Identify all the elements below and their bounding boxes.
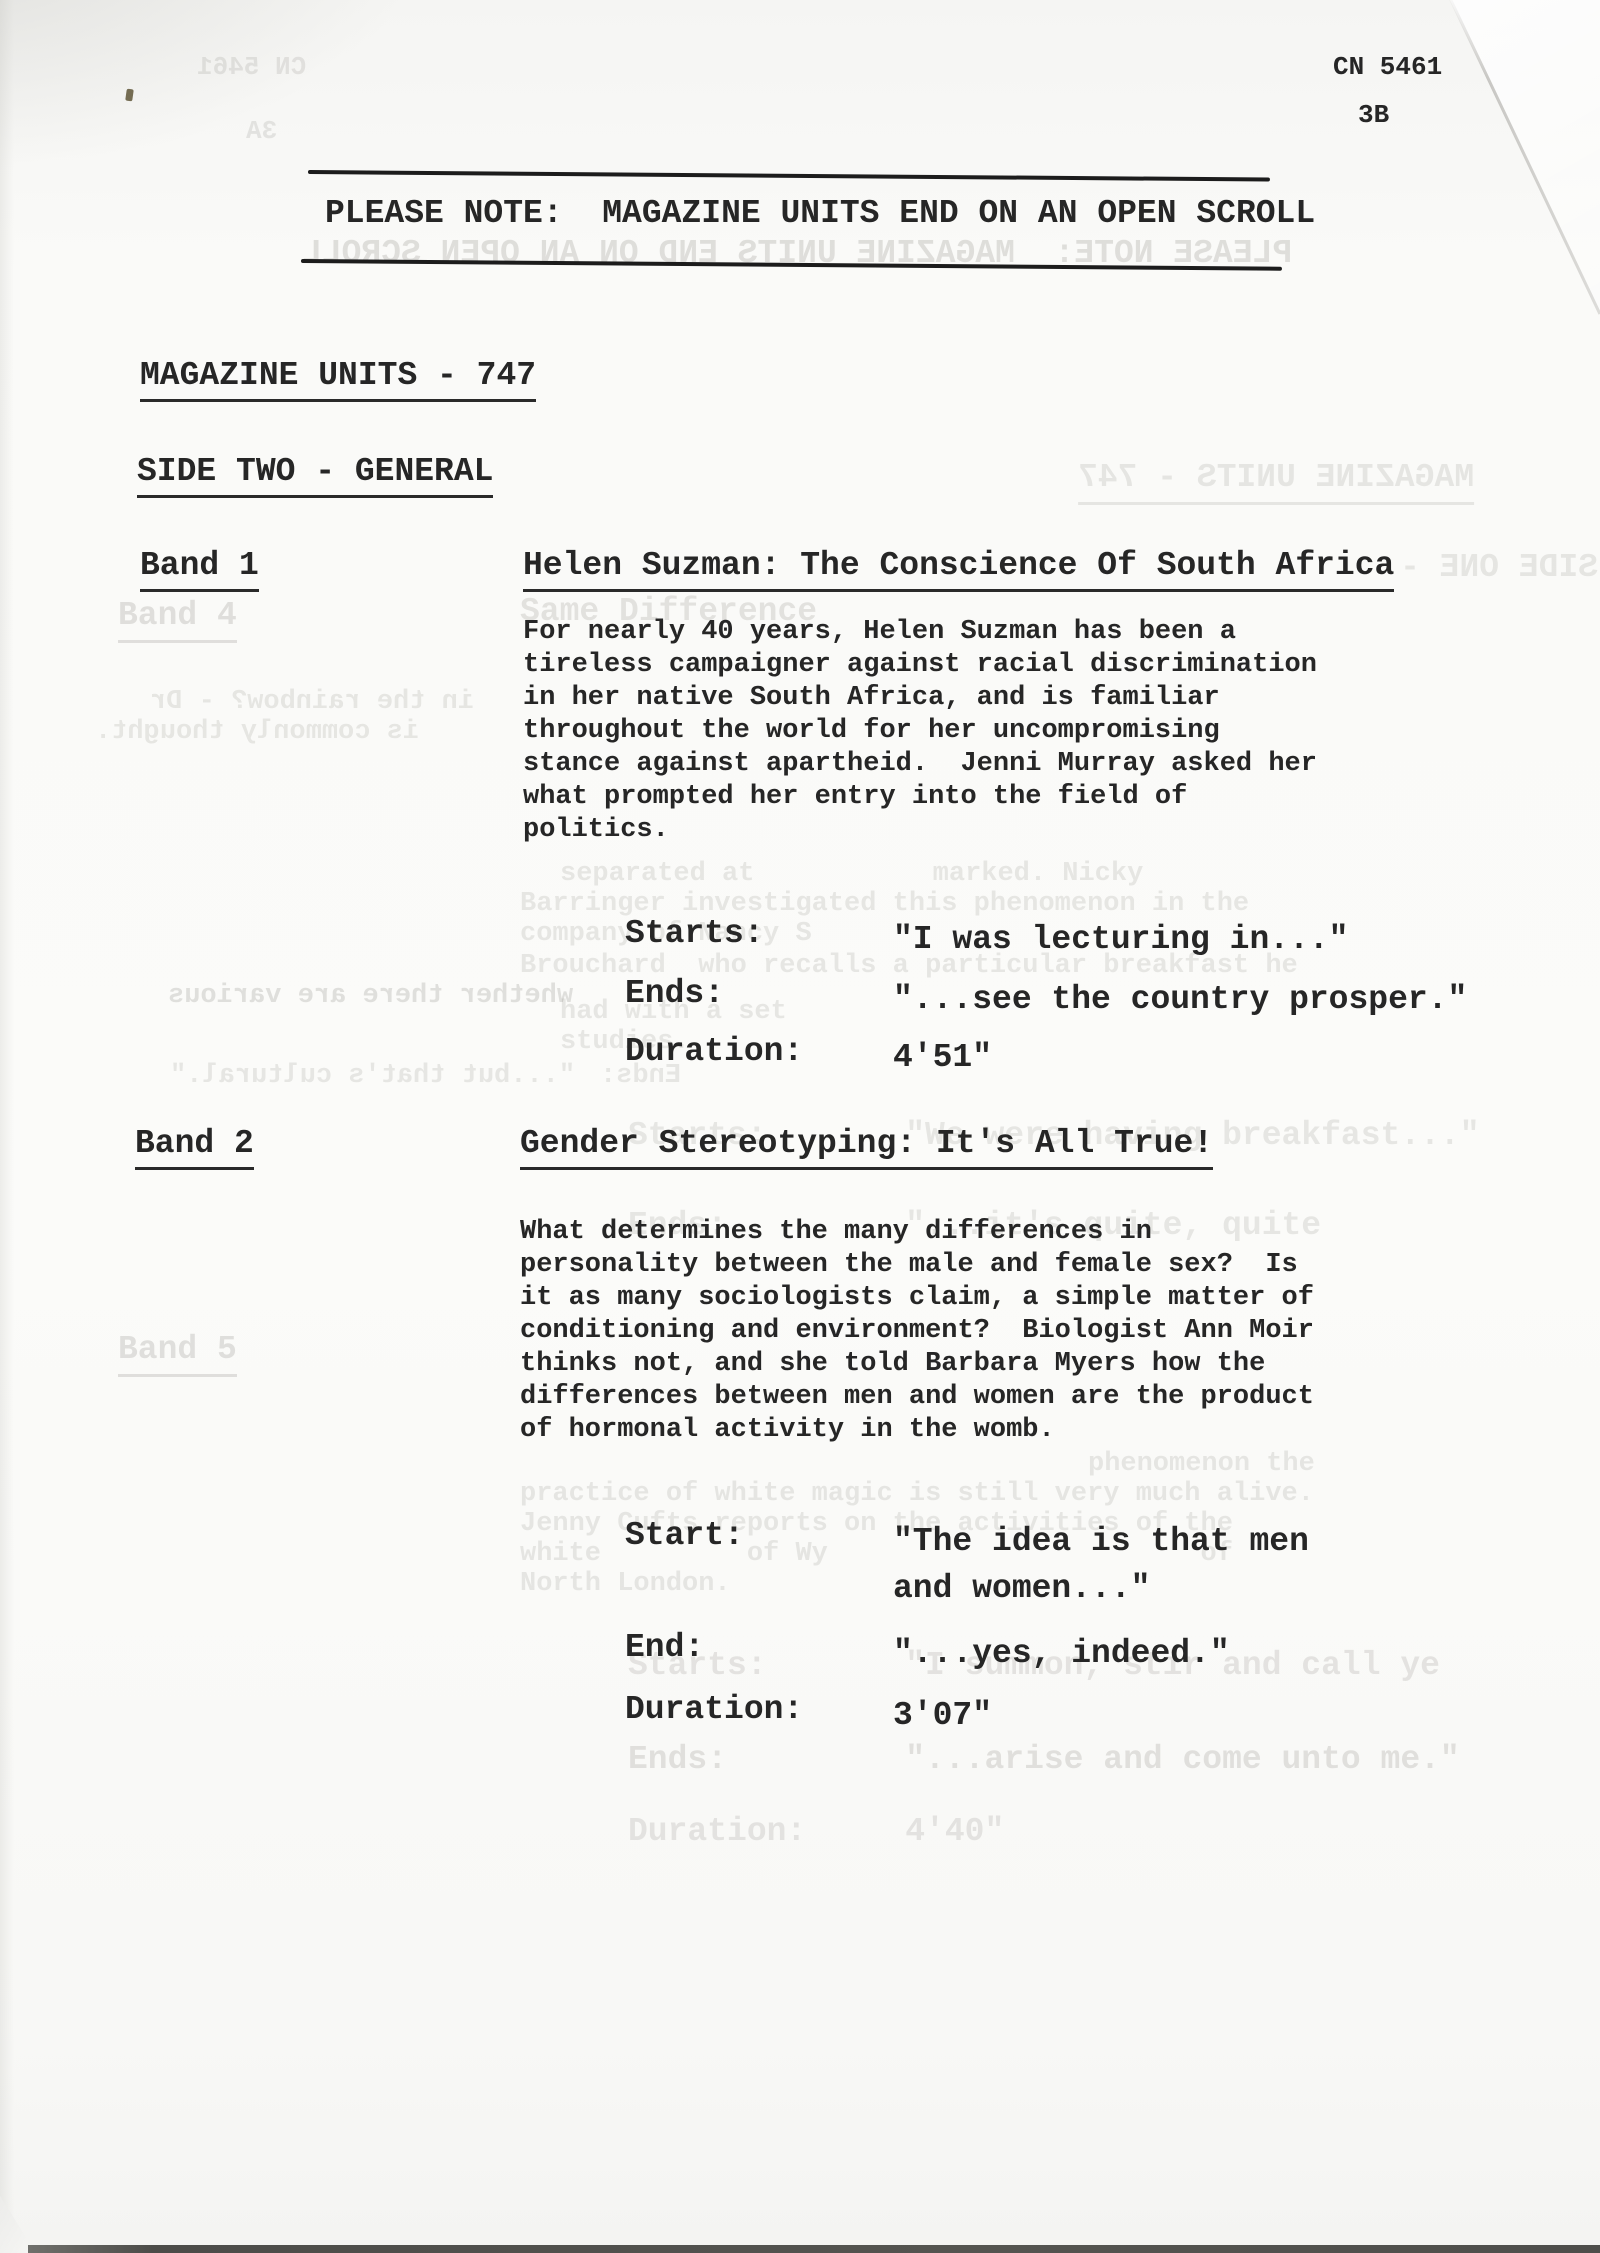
ghost-text: Band 4 <box>118 596 237 643</box>
notice-top-rule <box>308 170 1270 182</box>
duration-row: Duration: 3'07" <box>625 1692 704 1836</box>
duration-value: 4'51" <box>893 1034 992 1081</box>
starts-label: Starts: <box>625 916 764 952</box>
ghost-text: MAGAZINE UNITS - 747 <box>1078 458 1474 505</box>
ghost-text: phenomenon the <box>1088 1448 1315 1480</box>
band-label: Band 1 <box>140 548 259 584</box>
paper-speck <box>125 89 134 102</box>
ghost-text: SIDE ONE - <box>1400 548 1598 588</box>
ghost-text: in the rainbow? - Dr <box>150 686 474 718</box>
duration-label: Duration: <box>625 1034 803 1070</box>
ghost-text: whether there are various <box>168 980 573 1012</box>
band-title-text: Gender Stereotyping: It's All True! <box>520 1125 1213 1170</box>
ghost-text: "...but that's cultural." <box>170 1060 575 1092</box>
ends-label: End: <box>625 1630 704 1666</box>
starts-value: "I was lecturing in..." <box>893 916 1348 963</box>
ends-value: "...see the country prosper." <box>893 976 1467 1023</box>
ghost-text: separated at marked. Nicky <box>560 858 1143 890</box>
ends-label: Ends: <box>625 976 724 1012</box>
ghost-text: 3A <box>246 116 277 147</box>
ghost-text: Band 5 <box>118 1330 237 1377</box>
ghost-text: CN 5461 <box>197 52 306 83</box>
band-description: What determines the many differences in … <box>520 1216 1314 1447</box>
document-title: MAGAZINE UNITS - 747 <box>140 358 536 394</box>
band-title-text: Helen Suzman: The Conscience Of South Af… <box>523 547 1394 592</box>
starts-label: Start: <box>625 1518 744 1554</box>
ghost-text: practice of white magic is still very mu… <box>520 1478 1314 1510</box>
scanned-document-page: CN 54613APLEASE NOTE: MAGAZINE UNITS END… <box>0 0 1600 2253</box>
side-heading-text: SIDE TWO - GENERAL <box>137 453 493 498</box>
catalog-subnumber: 3B <box>1358 100 1389 130</box>
ghost-text: Ends: "...arise and come unto me." <box>628 1740 1460 1780</box>
band-label: Band 2 <box>135 1126 254 1162</box>
ends-value: "...yes, indeed." <box>893 1630 1230 1677</box>
catalog-number: CN 5461 <box>1333 52 1442 82</box>
side-heading: SIDE TWO - GENERAL <box>137 454 493 490</box>
ghost-text: is commonly thought. <box>95 716 419 748</box>
band-title: Gender Stereotyping: It's All True! <box>520 1126 1213 1162</box>
document-title-text: MAGAZINE UNITS - 747 <box>140 357 536 402</box>
scan-bottom-edge <box>28 2245 1600 2253</box>
band-label-text: Band 2 <box>135 1125 254 1170</box>
duration-value: 3'07" <box>893 1692 992 1739</box>
band-label-text: Band 1 <box>140 547 259 592</box>
notice-text: PLEASE NOTE: MAGAZINE UNITS END ON AN OP… <box>325 196 1315 232</box>
band-title: Helen Suzman: The Conscience Of South Af… <box>523 548 1394 584</box>
duration-label: Duration: <box>625 1692 803 1728</box>
starts-value: "The idea is that men and women..." <box>893 1518 1309 1612</box>
band-description: For nearly 40 years, Helen Suzman has be… <box>523 616 1317 847</box>
